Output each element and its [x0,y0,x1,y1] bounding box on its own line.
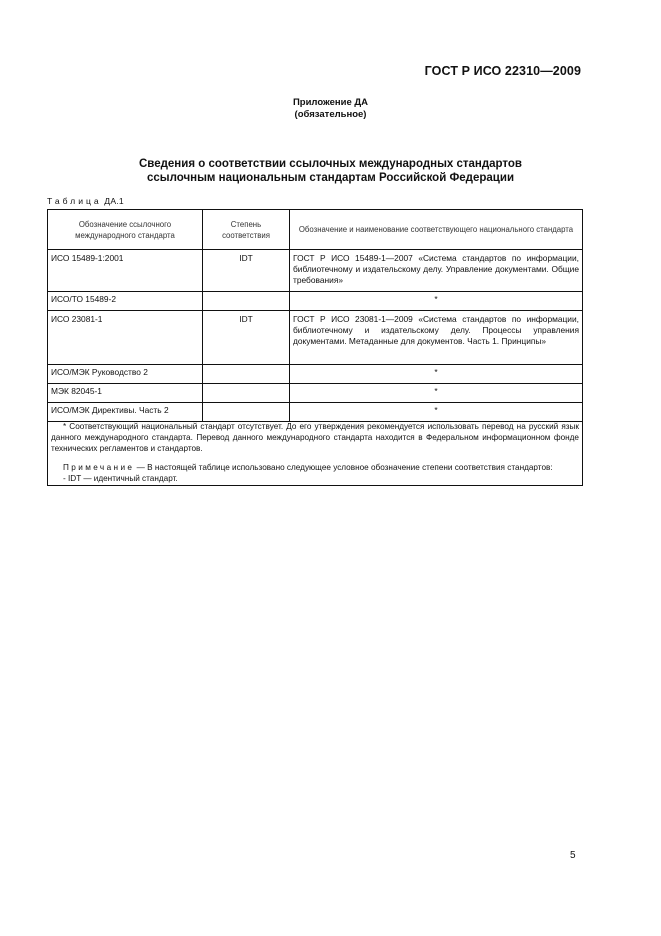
table-caption: Таблица ДА.1 [47,196,124,206]
table-row: ИСО 23081-1 IDT ГОСТ Р ИСО 23081-1—2009 … [48,311,583,365]
section-title-line-1: Сведения о соответствии ссылочных междун… [0,157,661,171]
cell-degree [203,365,290,384]
annex-title: Приложение ДА [0,97,661,109]
note-text: — В настоящей таблице использовано следу… [134,463,552,472]
page-number: 5 [570,850,576,861]
cell-national: * [290,384,583,403]
cell-international: ИСО 15489-1:2001 [48,250,203,292]
table-row: ИСО/МЭК Директивы. Часть 2 * [48,403,583,422]
section-title-line-2: ссылочным национальным стандартам Россий… [0,171,661,185]
cell-international: ИСО 23081-1 [48,311,203,365]
table-header-row: Обозначение ссылочного международного ст… [48,210,583,250]
column-header-national: Обозначение и наименование соответствующ… [290,210,583,250]
column-header-degree: Степень соответствия [203,210,290,250]
note: Примечание — В настоящей таблице использ… [51,463,579,474]
cell-international: ИСО/ТО 15489-2 [48,292,203,311]
table-row: МЭК 82045-1 * [48,384,583,403]
cell-degree [203,384,290,403]
cell-national: ГОСТ Р ИСО 15489-1—2007 «Система стандар… [290,250,583,292]
cell-national: * [290,403,583,422]
annex-heading: Приложение ДА (обязательное) [0,97,661,121]
cell-degree: IDT [203,250,290,292]
note-item: - IDT — идентичный стандарт. [63,474,579,485]
note-label: Примечание [63,463,134,472]
table-footer: * Соответствующий национальный стандарт … [48,422,583,486]
cell-national: ГОСТ Р ИСО 23081-1—2009 «Система стандар… [290,311,583,365]
footnote: * Соответствующий национальный стандарт … [51,422,579,455]
cell-international: ИСО/МЭК Руководство 2 [48,365,203,384]
table-footer-row: * Соответствующий национальный стандарт … [48,422,583,486]
cell-international: МЭК 82045-1 [48,384,203,403]
table-row: ИСО/МЭК Руководство 2 * [48,365,583,384]
annex-status: (обязательное) [0,109,661,121]
cell-degree [203,292,290,311]
cell-degree [203,403,290,422]
section-title: Сведения о соответствии ссылочных междун… [0,157,661,185]
document-code: ГОСТ Р ИСО 22310—2009 [425,64,581,78]
cell-international: ИСО/МЭК Директивы. Часть 2 [48,403,203,422]
column-header-international: Обозначение ссылочного международного ст… [48,210,203,250]
cell-national: * [290,365,583,384]
table-caption-id: ДА.1 [104,196,124,206]
cell-degree: IDT [203,311,290,365]
table-caption-word: Таблица [47,196,102,206]
table-row: ИСО 15489-1:2001 IDT ГОСТ Р ИСО 15489-1—… [48,250,583,292]
standards-correspondence-table: Обозначение ссылочного международного ст… [47,209,583,486]
cell-national: * [290,292,583,311]
table-row: ИСО/ТО 15489-2 * [48,292,583,311]
